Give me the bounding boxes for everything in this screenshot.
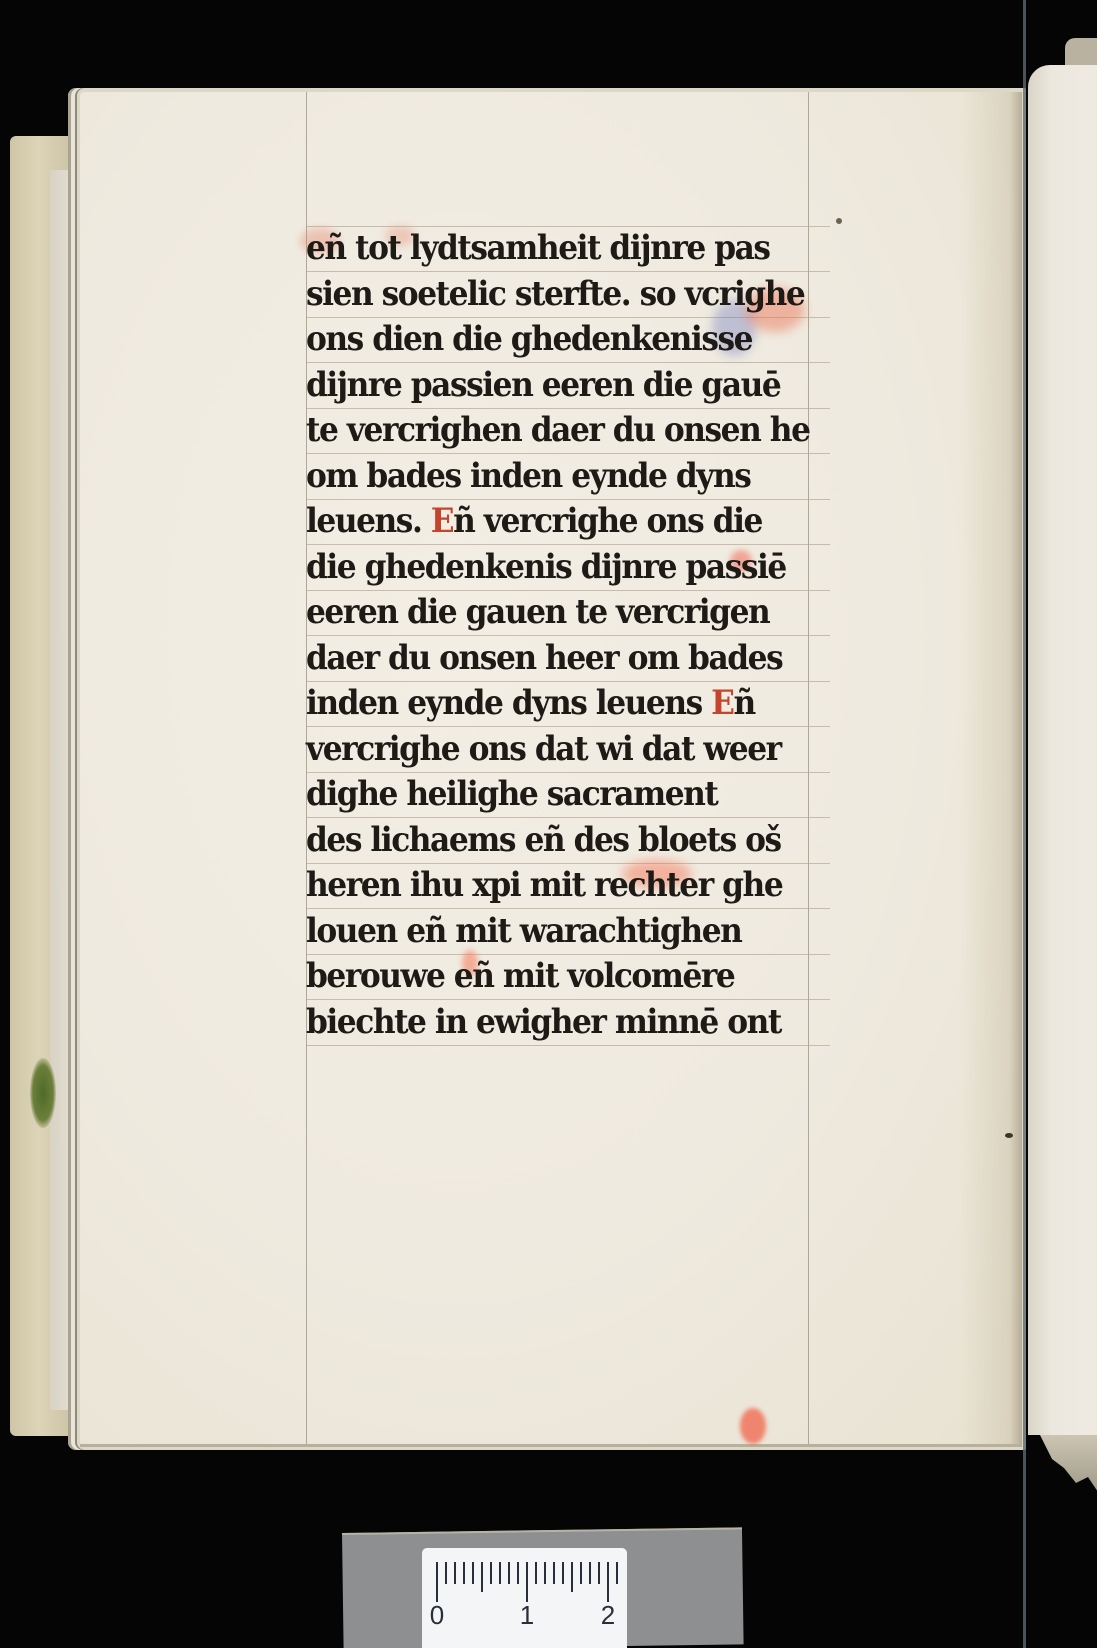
ruler-tick	[472, 1562, 474, 1584]
ruler-label-1: 1	[520, 1600, 534, 1631]
ruler-label-0: 0	[430, 1600, 444, 1631]
text-line: des lichaems eñ des bloets oš	[306, 818, 794, 864]
ruler-tick	[598, 1562, 600, 1584]
ruler-tick	[562, 1562, 564, 1584]
text-line: vercrighe ons dat wi dat weer	[306, 727, 794, 773]
text-line: eñ tot lydtsamheit dijnre pas	[306, 226, 794, 272]
ruler-tick-major	[526, 1562, 528, 1602]
ruler-tick	[454, 1562, 456, 1584]
text-line: heren ihu xpi mit rechter ghe	[306, 863, 794, 909]
gutter-shadow	[960, 92, 1022, 1444]
facing-page-edge	[1040, 1435, 1097, 1495]
ruler-tick-mid	[571, 1562, 573, 1592]
ruler-tick-mid	[481, 1562, 483, 1592]
ruler-tick	[544, 1562, 546, 1584]
parchment-speck	[836, 218, 842, 224]
text-segment: inden eynde dyns leuens	[306, 683, 711, 723]
text-line-with-rubric: inden eynde dyns leuens Eñ	[306, 681, 794, 727]
ruler-label-2: 2	[601, 1600, 615, 1631]
text-segment: ñ	[734, 683, 755, 723]
ruler-tick-major	[607, 1562, 609, 1602]
scale-ruler: 0 1 2	[422, 1548, 627, 1648]
ruler-tick	[616, 1562, 618, 1584]
text-block: eñ tot lydtsamheit dijnre pas sien soete…	[306, 226, 836, 1045]
text-line: ons dien die ghedenkenisse	[306, 317, 794, 363]
text-line: daer du onsen heer om bades	[306, 636, 794, 682]
page-bottom-edge	[80, 1444, 1022, 1447]
green-stain	[30, 1058, 56, 1128]
text-line: te vercrighen daer du onsen he	[306, 408, 794, 454]
parchment-speck	[1005, 1133, 1013, 1138]
text-line: biechte in ewigher minnē ont	[306, 1000, 794, 1046]
ruler-tick	[580, 1562, 582, 1584]
ruler-tick-major	[436, 1562, 438, 1602]
glass-plate-edge	[1023, 0, 1026, 1648]
rubricated-initial: E	[431, 501, 453, 541]
rubricated-initial: E	[711, 683, 733, 723]
ruler-tick	[490, 1562, 492, 1584]
ruling-line	[306, 1045, 830, 1046]
ruler-tick	[553, 1562, 555, 1584]
ruler-tick	[535, 1562, 537, 1584]
ruler-tick	[463, 1562, 465, 1584]
text-line: louen eñ mit warachtighen	[306, 909, 794, 955]
text-line: dijnre passien eeren die gauē	[306, 363, 794, 409]
text-segment: leuens.	[306, 501, 431, 541]
ruler-tick	[508, 1562, 510, 1584]
red-pigment-stain	[740, 1408, 766, 1444]
ruler-tick	[499, 1562, 501, 1584]
text-line: dighe heilighe sacrament	[306, 772, 794, 818]
ruler-tick	[589, 1562, 591, 1584]
text-line: sien soetelic sterfte. so vcrighe	[306, 272, 794, 318]
ruler-tick	[445, 1562, 447, 1584]
text-line: eeren die gauen te vercrigen	[306, 590, 794, 636]
text-line-with-rubric: leuens. Eñ vercrighe ons die	[306, 499, 794, 545]
facing-page	[1028, 65, 1097, 1435]
text-line: die ghedenkenis dijnre passiē	[306, 545, 794, 591]
text-line: om bades inden eynde dyns	[306, 454, 794, 500]
text-line: berouwe eñ mit volcomēre	[306, 954, 794, 1000]
ruler-tick	[517, 1562, 519, 1584]
text-segment: ñ vercrighe ons die	[453, 501, 762, 541]
